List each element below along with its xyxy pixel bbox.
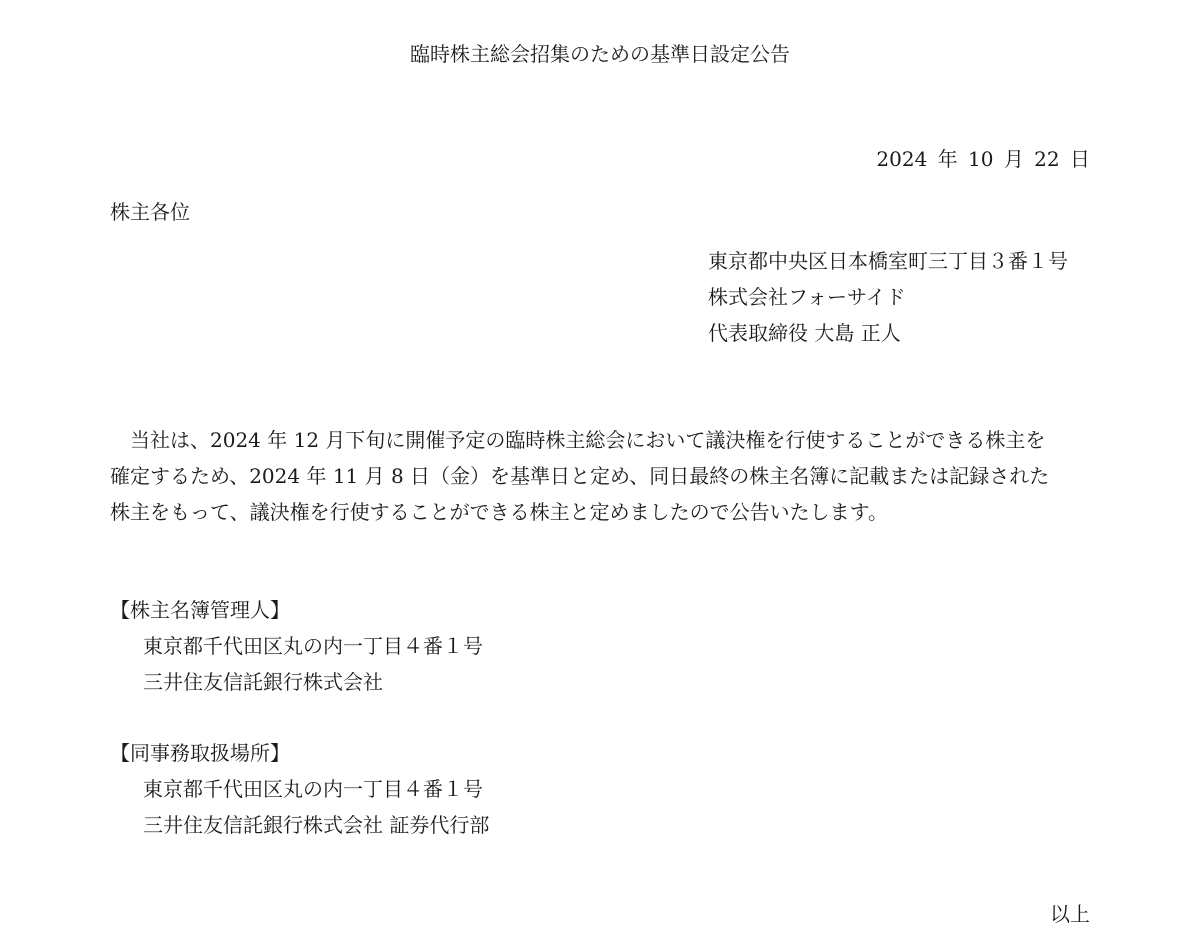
section-company: 三井住友信託銀行株式会社	[110, 664, 483, 700]
section-heading: 【株主名簿管理人】	[110, 592, 483, 628]
addressee: 株主各位	[110, 196, 190, 225]
body-line: 株主をもって、議決権を行使することができる株主と定めましたので公告いたします。	[110, 494, 1095, 530]
section-address: 東京都千代田区丸の内一丁目４番１号	[110, 628, 483, 664]
closing-mark: 以上	[1050, 898, 1090, 927]
body-line: 確定するため、2024 年 11 月 8 日（金）を基準日と定め、同日最終の株主…	[110, 458, 1095, 494]
section-registry-administrator: 【株主名簿管理人】 東京都千代田区丸の内一丁目４番１号 三井住友信託銀行株式会社	[110, 592, 483, 700]
sender-company: 株式会社フォーサイド	[708, 279, 1068, 315]
section-address: 東京都千代田区丸の内一丁目４番１号	[110, 771, 489, 807]
notice-date: 2024 年 10 月 22 日	[876, 143, 1090, 172]
section-company: 三井住友信託銀行株式会社 証券代行部	[110, 807, 489, 843]
body-line: 当社は、2024 年 12 月下旬に開催予定の臨時株主総会において議決権を行使す…	[110, 422, 1095, 458]
document-title: 臨時株主総会招集のための基準日設定公告	[0, 38, 1200, 67]
sender-block: 東京都中央区日本橋室町三丁目３番１号 株式会社フォーサイド 代表取締役 大島 正…	[708, 243, 1068, 351]
notice-body: 当社は、2024 年 12 月下旬に開催予定の臨時株主総会において議決権を行使す…	[110, 422, 1095, 530]
sender-address: 東京都中央区日本橋室町三丁目３番１号	[708, 243, 1068, 279]
sender-representative: 代表取締役 大島 正人	[708, 315, 1068, 351]
section-heading: 【同事務取扱場所】	[110, 735, 489, 771]
section-business-office: 【同事務取扱場所】 東京都千代田区丸の内一丁目４番１号 三井住友信託銀行株式会社…	[110, 735, 489, 843]
